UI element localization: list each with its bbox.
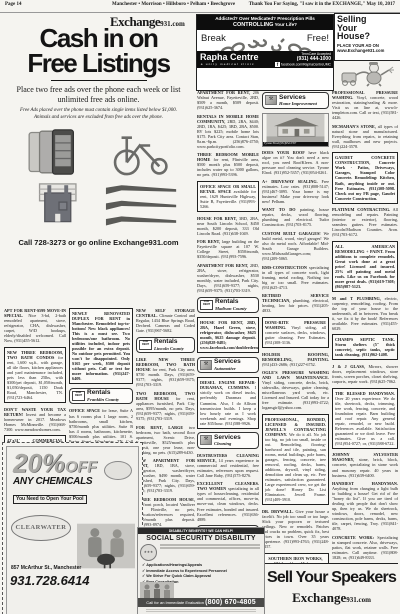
baby-clothes-image (18, 180, 98, 232)
ad-body: We do it all. No job too big, no job too… (265, 432, 326, 502)
classifieds-column-left1: APT FOR RENT-$599 MOVE-IN SPECIAL. Nice … (4, 308, 66, 444)
ad-body: We build metal, wood, vinyl garages! We … (262, 231, 329, 261)
section-county-label: Franklin County (87, 397, 119, 402)
classified-ad: NEWLY RENOVATED DUPLEX FOR RENT in Manch… (69, 308, 133, 384)
ssdi-call-bar: Call for an Immediate Evaluation (800) 6… (138, 598, 264, 607)
classified-ad: THREE BEDROOM MOBILE HOME for rent, Flin… (197, 152, 259, 177)
ad-lead: DIESEL ENGINE REPAIR-DURAMAX, CUMMINS. (200, 380, 256, 390)
classified-ad: FOR RENT, LARGE two bedroom, two bath, s… (136, 425, 195, 455)
section-kind: Services (214, 359, 241, 366)
rapha-footer-bar: Rapha Centre a unity medical clinic Tenn… (197, 51, 333, 68)
classifieds-column-left2: NEWLY RENOVATED DUPLEX FOR RENT in Manch… (69, 308, 133, 444)
for-rent-sign-icon: FOR RENT (139, 340, 152, 350)
ad-body: electric, carpentry, remodeling, roofing… (332, 296, 398, 331)
ad-body: 2BD, 2BA, stove, refrigerator, washer/dr… (197, 263, 259, 293)
ad-body: Nice 3-bd, 2-bath remodeled apartment, s… (4, 313, 66, 343)
free-listings-body: Place two free ads over the phone each w… (4, 85, 193, 105)
ad-lead: OGLE'S PRESSURE WASHING AND LAWN MAINTEN… (262, 370, 329, 380)
classified-ad: PROFESSIONAL, BONDED, LICENSED & INSURED… (262, 414, 329, 506)
free-listings-headline: Cash in on Free Listings (4, 26, 193, 75)
classified-ad: CHAMPS SEPTIC TANK. Storm shelters (5" t… (332, 334, 398, 360)
social-security-disability-ad: DISABILITY BENEFITS? WE CAN HELP! SOCIAL… (137, 527, 265, 614)
ad-body: for rent, 1,600 sq.ft., with garage, all… (7, 355, 63, 400)
facebook-icon: f (275, 62, 280, 67)
ssdi-fine-print (138, 608, 264, 613)
ad-lead: HOLDER ROOFING, REMODELING, PAINTING. (262, 352, 329, 362)
classified-ad: WANT TO DO painting, house repairs, deck… (262, 207, 329, 227)
house-photo-image (263, 114, 328, 142)
coupon-seal (104, 461, 132, 480)
classified-ad: RENTALS IN MOBILE HOME COMMUNITY, 2BD, 2… (197, 114, 259, 149)
classified-ad: DON'T WASTE YOUR TAX RETURN! Invest and … (4, 407, 66, 432)
ad-body: Anything from changing a light bulb to b… (332, 486, 398, 531)
classified-ad: EXCELLENT CLEANERS. TWO WOMEN specializi… (197, 481, 259, 521)
newspaper-page: Page 14 Manchester • Morrison • Hillsbor… (0, 0, 400, 614)
page-header: Page 14 Manchester • Morrison • Hillsbor… (0, 2, 400, 12)
classified-ad: DOES YOUR ROOF have black algae on it? Y… (262, 150, 329, 175)
masthead-slogan: Thank You For Saying, "I saw it in the E… (249, 2, 395, 7)
classified-ad: HOUSE FOR RENT, 3BD, 2BA, near South Lin… (197, 216, 259, 236)
ad-body: All remodeling and repairs. Painting (in… (332, 207, 398, 237)
classified-ad: RETIRED SERVICE TECHNICIAN, plumbing, el… (262, 293, 329, 313)
classified-ad: THE BLESSED HANDYMAN. Over 20 years expe… (332, 388, 398, 449)
checkmark-icon: ✓ (142, 563, 145, 567)
classified-ad: NEW THREE BEDROOM, TWO BATH CONDOS for r… (4, 347, 66, 403)
classified-ad: J & J GLASS, Mirrors, shower doors, repl… (332, 364, 398, 384)
ad-body: in Manchester. Remodeled top-to-bottom! … (72, 316, 130, 381)
classified-ad: THREE BEDROOM HOUSE, big front porch, lo… (136, 497, 195, 527)
clearwater-address: 857 McArthur St., Manchester (11, 565, 81, 571)
section-county-label: Cleaning (214, 441, 241, 446)
exchange-logo-bottom: Exchange931.com (265, 589, 398, 607)
for-rent-sign-icon: FOR RENT (200, 300, 213, 310)
classified-ad: RMS-CONSTRUCTION specializing in all typ… (262, 265, 329, 290)
ad-body: Hazel Green, stove, refrigerator, dishwa… (200, 325, 259, 350)
checkmark-icon: ✓ (142, 574, 145, 578)
ad-lead: NEWLY RENOVATED DUPLEX FOR RENT (72, 311, 130, 321)
section-header: ⚒ Services Automotive (197, 357, 259, 374)
classified-ad: DR. DRYWALL. Give your house a facelift.… (262, 509, 329, 549)
rifles-image (100, 180, 180, 232)
phones-image (18, 126, 98, 178)
ssdi-title: SOCIAL SECURITY DISABILITY (138, 535, 264, 542)
classified-ad: DONE-RITE PRESSURE WASHING. Vinyl siding… (262, 317, 329, 348)
classified-ad: NEW APARTMENT FOR RENT, 1BD, 1BA, stove,… (136, 458, 195, 493)
headline-divider (51, 80, 147, 81)
free-listings-art (18, 126, 179, 232)
rapha-centre-ad: Addicted? Over Medicated? Prescription P… (196, 14, 334, 91)
section-county-label: Madison County (215, 306, 247, 311)
ad-body: Over 20 years experience. We do tile, sh… (335, 396, 395, 446)
classified-ad: TWO BEDROOM, TWO BATH HOUSE for rent, ap… (136, 391, 195, 421)
classified-ad: PROFESSIONAL PRESSURE WASHING. Vinyl, co… (332, 90, 398, 120)
classified-ad: HOLDER ROOFING, REMODELING, PAINTING. (9… (262, 352, 329, 367)
classifieds-column-c: PROFESSIONAL PRESSURE WASHING. Vinyl, co… (332, 90, 398, 562)
classifieds-column-a: APARTMENT FOR RENT, 206 Walnut Avenue, F… (197, 90, 259, 527)
classified-ad: ALL AMERICAN REMODELING + PAINT. From ad… (332, 241, 398, 292)
free-listings-fine-print: Free Ads placed over the phone must cont… (4, 108, 193, 121)
classified-ad: OGLE'S PRESSURE WASHING AND LAWN MAINTEN… (262, 370, 329, 410)
classified-ad: HOUSE FOR RENT, 2BD, 2BA, Hazel Green, s… (197, 317, 259, 353)
classified-ad: FOR RENT, large building on the Fayettev… (197, 239, 259, 259)
place-ad-url: www.Exchange931.com (337, 48, 384, 53)
classified-ad: GAUDET CONCRETE CONSTRUCTION, Concrete W… (332, 152, 398, 203)
classified-ad: OFFICE SPACE OR SMALL RETAIL SPACE avail… (197, 181, 259, 212)
classified-ad: SOUTHERN IRON WORKS, 571 Lynchburg Highw… (262, 553, 329, 563)
ssdi-phone: (800) 670-4805 (205, 599, 256, 606)
ad-body: From additions to complete remodels. Gre… (335, 249, 395, 289)
speakers-headline: Sell Your Speakers (265, 569, 398, 587)
pressure-washer-mascot-image (334, 60, 397, 87)
free-listings-call-line: Call 728-3273 or go online Exchange931.c… (4, 238, 193, 247)
selling-house-ad: Selling Your House? PLACE YOUR AD ON www… (334, 13, 400, 61)
ad-body: for lease, Suite A has 6 rooms plus 1 la… (69, 408, 133, 444)
checkmark-icon: ✓ (142, 569, 145, 573)
classified-ad: A+ DRIVEWAY SEALING. Free estimates. Low… (262, 179, 329, 204)
classified-ad: CUSTOM BUILT GARAGES! We build metal, wo… (262, 231, 329, 261)
section-header: FOR RENT Rentals Madison County (197, 297, 259, 314)
ad-body: 2BD, 2BA, $440; 2BD, 1BA, $425; 3BD, 2BA… (197, 119, 259, 149)
page-number: Page 14 (5, 2, 22, 7)
ad-body: two bedroom, two bath, second floor apar… (136, 425, 195, 455)
photo-caption: Tyrone Elrod (931)952-5357 (263, 142, 328, 146)
classifieds-column-left3: NEW SELF STORAGE CENTRAL. Climate Contro… (136, 308, 195, 532)
ad-body: (931)433-2686; (931)227-6752. (262, 362, 316, 367)
ad-body: I strictly work on diesel trucks, prefer… (200, 385, 256, 425)
rapha-name: Rapha Centre (197, 53, 259, 62)
ad-body: Concrete Work - Patios, Driveways, Garag… (335, 160, 395, 200)
classified-ad: LIKE NEW THREE BEDROOM, TWO BATH HOUSE f… (136, 357, 195, 387)
classified-ad: NEW SELF STORAGE CENTRAL. Climate Contro… (136, 308, 195, 333)
ad-body: Vinyl siding, concrete, decks, brick, si… (262, 380, 329, 410)
section-county-label: Automotive (214, 366, 241, 371)
fine-print-line (160, 544, 260, 546)
ssdi-top-banner: DISABILITY BENEFITS? WE CAN HELP! (138, 528, 264, 534)
ad-lead: NEW THREE BEDROOM, TWO BATH CONDOS (7, 350, 63, 360)
classified-ad: MCMAHAN'S STONE, all types of natural st… (332, 124, 398, 149)
rapha-tagline: a unity medical clinic (197, 62, 259, 66)
section-header: ⚒ Services Home Improvement (262, 92, 329, 109)
section-header: FOR RENT Rentals Franklin County (69, 388, 133, 405)
ad-body: Storm shelters (5" thick concrete), sept… (335, 342, 395, 357)
sell-your-speakers-ad: Sell Your Speakers Exchange931.com (265, 563, 398, 614)
free-listings-ad: Cash in on Free Listings Place two free … (4, 26, 193, 304)
section-county-label: Home Improvement (279, 101, 317, 106)
for-rent-sign-icon: FOR RENT (72, 391, 85, 401)
classified-ad: APARTMENT FOR RENT, 2BD, 2BA, stove, ref… (197, 263, 259, 293)
rapha-contact: TennCare Accepted (931) 444-1000 ffacebo… (275, 52, 333, 67)
clearwater-coupon-ad: 20%OFF ANY CHEMICALS You Need to Open Yo… (2, 442, 143, 614)
rapha-chain-panel: Break Free! (197, 30, 333, 68)
clearwater-phone: 931.728.6414 (10, 573, 90, 588)
classified-ad: OFFICE SPACE for lease, Suite A has 6 ro… (69, 408, 133, 444)
classified-ad: JOHNNY SYLVESTER MASONRY, stone, brick, … (332, 452, 398, 477)
classifieds-column-b: ⚒ Services Home Improvement Tyrone Elrod… (262, 90, 329, 563)
ad-body: Give your house a facelift. No job too s… (262, 509, 329, 549)
tricycle-image (100, 126, 180, 178)
coupon-tagline: You Need to Open Your Pool (13, 495, 87, 504)
classified-ad: APT FOR RENT-$599 MOVE-IN SPECIAL. Nice … (4, 308, 66, 343)
classified-ad: M and T PLUMBING, electric, carpentry, r… (332, 296, 398, 331)
services-icon: ⚒ (200, 435, 212, 445)
clearwater-logo: CLEARWATER (11, 515, 71, 541)
coverage-cities: Manchester • Morrison • Hillsboro • Pelh… (112, 2, 235, 7)
classified-ad: APARTMENT FOR RENT, 206 Walnut Avenue, F… (197, 90, 259, 110)
ad-body: 1BD, 1BA, stove, refrigerator, washer/dr… (136, 463, 195, 493)
classified-ad: DIESEL ENGINE REPAIR-DURAMAX, CUMMINS. I… (197, 377, 259, 428)
section-county-label: Lincoln County (154, 346, 184, 351)
rapha-headline: Addicted? Over Medicated? Prescription P… (197, 15, 333, 30)
classified-ad: CONCRETE WORK: Specializing in stamped c… (332, 535, 398, 560)
classified-ad: DUSTBUSTERS CLEANING SERVICE, 14 years e… (197, 453, 259, 478)
services-icon: ⚒ (200, 360, 212, 370)
section-header: FOR RENT Rentals Lincoln County (136, 337, 195, 354)
section-header: ⚒ Services Cleaning (197, 432, 259, 449)
services-icon: ⚒ (265, 95, 277, 105)
law-firm-seal: ★★★ (140, 544, 157, 561)
classified-ad: PLATINUM CONTRACTING. All remodeling and… (332, 207, 398, 237)
ad-body: specializing in all types of housecleani… (197, 486, 259, 521)
ad-body: big front porch, located Vandiver Rd., F… (136, 502, 195, 527)
house-photo: Tyrone Elrod (931)952-5357 (262, 113, 329, 147)
classified-ad: HANDIEST HANDYMAN. Anything from changin… (332, 481, 398, 531)
